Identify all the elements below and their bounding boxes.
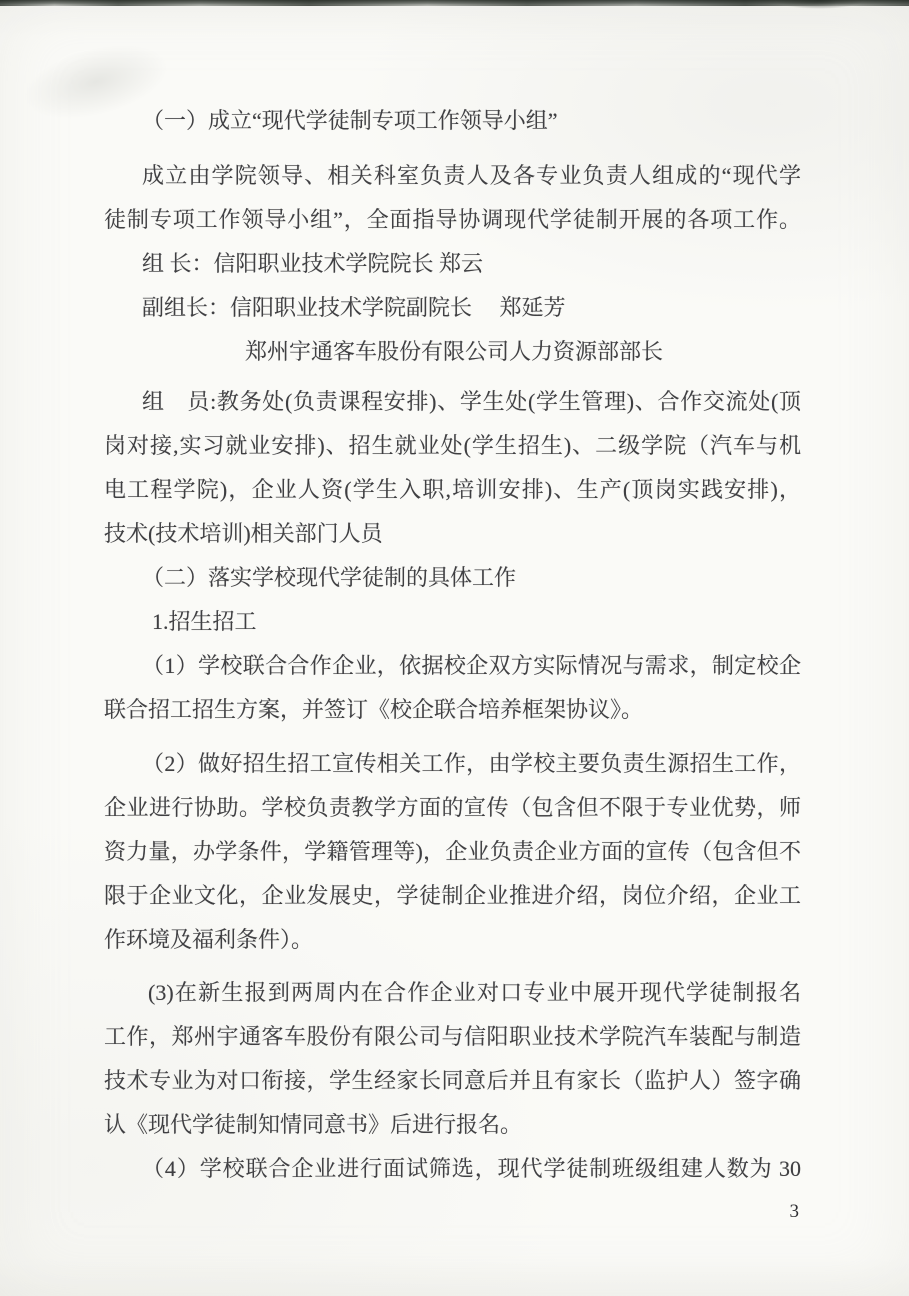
- item-1-line: （1）学校联合合作企业，依据校企双方实际情况与需求，制定校企: [104, 644, 801, 688]
- deputy-leader-line: 副组长：信阳职业技术学院副院长 郑延芳: [104, 286, 801, 330]
- text-line: 联合招工招生方案，并签订《校企联合培养框架协议》。: [104, 688, 801, 732]
- heading-section-2: （二）落实学校现代学徒制的具体工作: [104, 556, 801, 600]
- text-line: 认《现代学徒制知情同意书》后进行报名。: [104, 1103, 801, 1147]
- group-leader-line: 组 长：信阳职业技术学院院长 郑云: [104, 242, 801, 286]
- item-3-line: (3)在新生报到两周内在合作企业对口专业中展开现代学徒制报名: [104, 971, 801, 1015]
- text-line: 电工程学院)，企业人资(学生入职,培训安排)、生产(顶岗实践安排)，: [104, 468, 801, 512]
- item-4-line: （4）学校联合企业进行面试筛选，现代学徒制班级组建人数为 30: [104, 1147, 801, 1191]
- page-number: 3: [104, 1200, 801, 1224]
- text-line: 企业进行协助。学校负责教学方面的宣传（包含但不限于专业优势，师: [104, 786, 801, 830]
- subheading-recruitment: 1.招生招工: [104, 600, 801, 644]
- deputy-leader-line-2: 郑州宇通客车股份有限公司人力资源部部长: [104, 330, 801, 374]
- text-line: 技术(技术培训)相关部门人员: [104, 512, 801, 556]
- item-2-line: （2）做好招生招工宣传相关工作，由学校主要负责生源招生工作，: [104, 742, 801, 786]
- text-line: 作环境及福利条件）。: [104, 918, 801, 962]
- members-line: 组 员:教务处(负责课程安排)、学生处(学生管理)、合作交流处(顶: [104, 380, 801, 424]
- text-line: 岗对接,实习就业安排)、招生就业处(学生招生)、二级学院（汽车与机: [104, 424, 801, 468]
- scanned-document-page: （一）成立“现代学徒制专项工作领导小组” 成立由学院领导、相关科室负责人及各专业…: [0, 0, 909, 1296]
- text-line: 资力量，办学条件，学籍管理等)，企业负责企业方面的宣传（包含但不: [104, 830, 801, 874]
- heading-section-1: （一）成立“现代学徒制专项工作领导小组”: [104, 99, 801, 143]
- text-line: 技术专业为对口衔接，学生经家长同意后并且有家长（监护人）签字确: [104, 1059, 801, 1103]
- text-line: 限于企业文化，企业发展史，学徒制企业推进介绍，岗位介绍，企业工: [104, 874, 801, 918]
- document-body: （一）成立“现代学徒制专项工作领导小组” 成立由学院领导、相关科室负责人及各专业…: [0, 0, 801, 1224]
- text-line: 工作，郑州宇通客车股份有限公司与信阳职业技术学院汽车装配与制造: [104, 1015, 801, 1059]
- text-line: 成立由学院领导、相关科室负责人及各专业负责人组成的“现代学: [104, 154, 801, 198]
- text-line: 徒制专项工作领导小组”，全面指导协调现代学徒制开展的各项工作。: [104, 198, 801, 242]
